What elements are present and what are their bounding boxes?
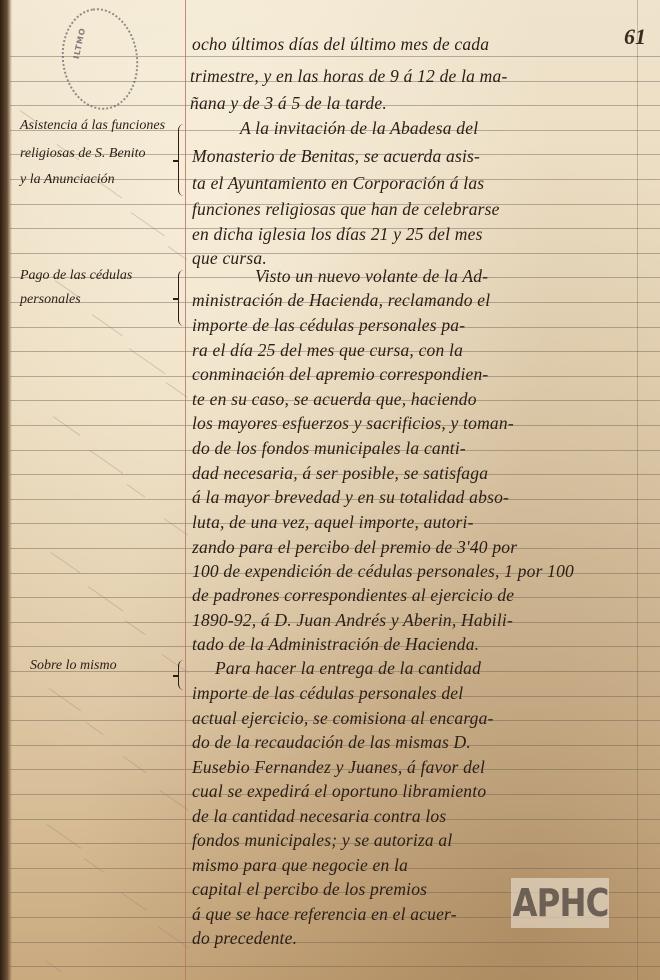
- margin-note-asistencia: Asistencia á las funciones: [20, 118, 165, 134]
- ledger-page: ILTMO 61 ocho últimos días del último me…: [0, 0, 660, 980]
- body-line: do de la recaudación de las mismas D.: [192, 732, 471, 753]
- body-line: do precedente.: [192, 928, 297, 949]
- body-line: conminación del apremio correspondien-: [192, 364, 488, 385]
- aphc-watermark: APHC: [511, 878, 609, 928]
- margin-note-sobre-lo-mismo: Sobre lo mismo: [30, 658, 117, 674]
- body-line: ocho últimos días del último mes de cada: [192, 34, 489, 55]
- body-line: trimestre, y en las horas de 9 á 12 de l…: [190, 66, 507, 87]
- margin-note-asistencia: y la Anunciación: [20, 172, 115, 188]
- body-line: ministración de Hacienda, reclamando el: [192, 290, 490, 311]
- body-line: fondos municipales; y se autoriza al: [192, 830, 452, 851]
- bleed-through-mark: [88, 586, 124, 611]
- ruled-line: [10, 942, 660, 943]
- body-line: ta el Ayuntamiento en Corporación á las: [192, 173, 484, 194]
- ruled-line: [10, 966, 660, 967]
- margin-note-pago-cedulas: Pago de las cédulas: [20, 268, 132, 284]
- body-line: luta, de una vez, aquel importe, autori-: [192, 512, 474, 533]
- bleed-through-mark: [123, 756, 147, 773]
- watermark-text: APHC: [512, 881, 608, 925]
- bleed-through-mark: [86, 722, 104, 735]
- bleed-through-mark: [131, 212, 165, 236]
- right-margin-rule: [637, 0, 638, 980]
- body-line: ra el día 25 del mes que cursa, con la: [192, 340, 463, 361]
- bleed-through-mark: [47, 824, 82, 849]
- seal-stamp-icon: ILTMO: [55, 3, 144, 115]
- ruled-line: [10, 253, 660, 254]
- body-line: en dicha iglesia los días 21 y 25 del me…: [192, 224, 483, 245]
- body-line: de la cantidad necesaria contra los: [192, 806, 446, 827]
- bleed-through-mark: [51, 552, 81, 573]
- body-line: 1890-92, á D. Juan Andrés y Aberin, Habi…: [192, 610, 513, 631]
- bleed-through-mark: [90, 450, 123, 474]
- bleed-through-mark: [84, 858, 104, 873]
- book-binding-edge: [0, 0, 12, 980]
- brace-icon: [178, 124, 187, 196]
- body-line: funciones religiosas que han de celebrar…: [192, 199, 500, 220]
- body-line: zando para el percibo del premio de 3'40…: [192, 537, 517, 558]
- body-line: importe de las cédulas personales del: [192, 683, 463, 704]
- body-line: á la mayor brevedad y en su totalidad ab…: [192, 487, 509, 508]
- body-line: 100 de expendición de cédulas personales…: [192, 561, 574, 582]
- body-line: Visto un nuevo volante de la Ad-: [255, 266, 488, 287]
- brace-icon: [178, 660, 187, 690]
- body-line: do de los fondos municipales la canti-: [192, 438, 466, 459]
- margin-note-pago-cedulas: personales: [20, 292, 81, 308]
- body-line: Para hacer la entrega de la cantidad: [215, 658, 481, 679]
- body-line: tado de la Administración de Hacienda.: [192, 634, 479, 655]
- bleed-through-mark: [127, 484, 146, 497]
- body-line: ñana y de 3 á 5 de la tarde.: [190, 93, 387, 114]
- page-number: 61: [624, 24, 646, 50]
- body-line: Monasterio de Benitas, se acuerda asis-: [192, 146, 480, 167]
- brace-icon: [178, 270, 187, 326]
- body-line: mismo para que negocie en la: [192, 855, 408, 876]
- body-line: Eusebio Fernandez y Juanes, á favor del: [192, 757, 485, 778]
- body-line: de padrones correspondientes al ejercici…: [192, 585, 514, 606]
- bleed-through-mark: [92, 314, 123, 336]
- bleed-through-mark: [49, 688, 82, 711]
- body-line: importe de las cédulas personales pa-: [192, 315, 465, 336]
- margin-note-asistencia: religiosas de S. Benito: [20, 146, 145, 162]
- body-line: capital el percibo de los premios: [192, 879, 427, 900]
- body-line: dad necesaria, á ser posible, se satisfa…: [192, 463, 488, 484]
- body-line: cual se expedirá el oportuno libramiento: [192, 781, 486, 802]
- stamp-text: ILTMO: [72, 27, 87, 60]
- body-line: á que se hace referencia en el acuer-: [192, 904, 457, 925]
- body-line: actual ejercicio, se comisiona al encarg…: [192, 708, 494, 729]
- body-line: los mayores esfuerzos y sacrificios, y t…: [192, 413, 514, 434]
- body-line: te en su caso, se acuerda que, haciendo: [192, 389, 477, 410]
- body-line: A la invitación de la Abadesa del: [240, 118, 478, 139]
- bleed-through-mark: [121, 892, 147, 911]
